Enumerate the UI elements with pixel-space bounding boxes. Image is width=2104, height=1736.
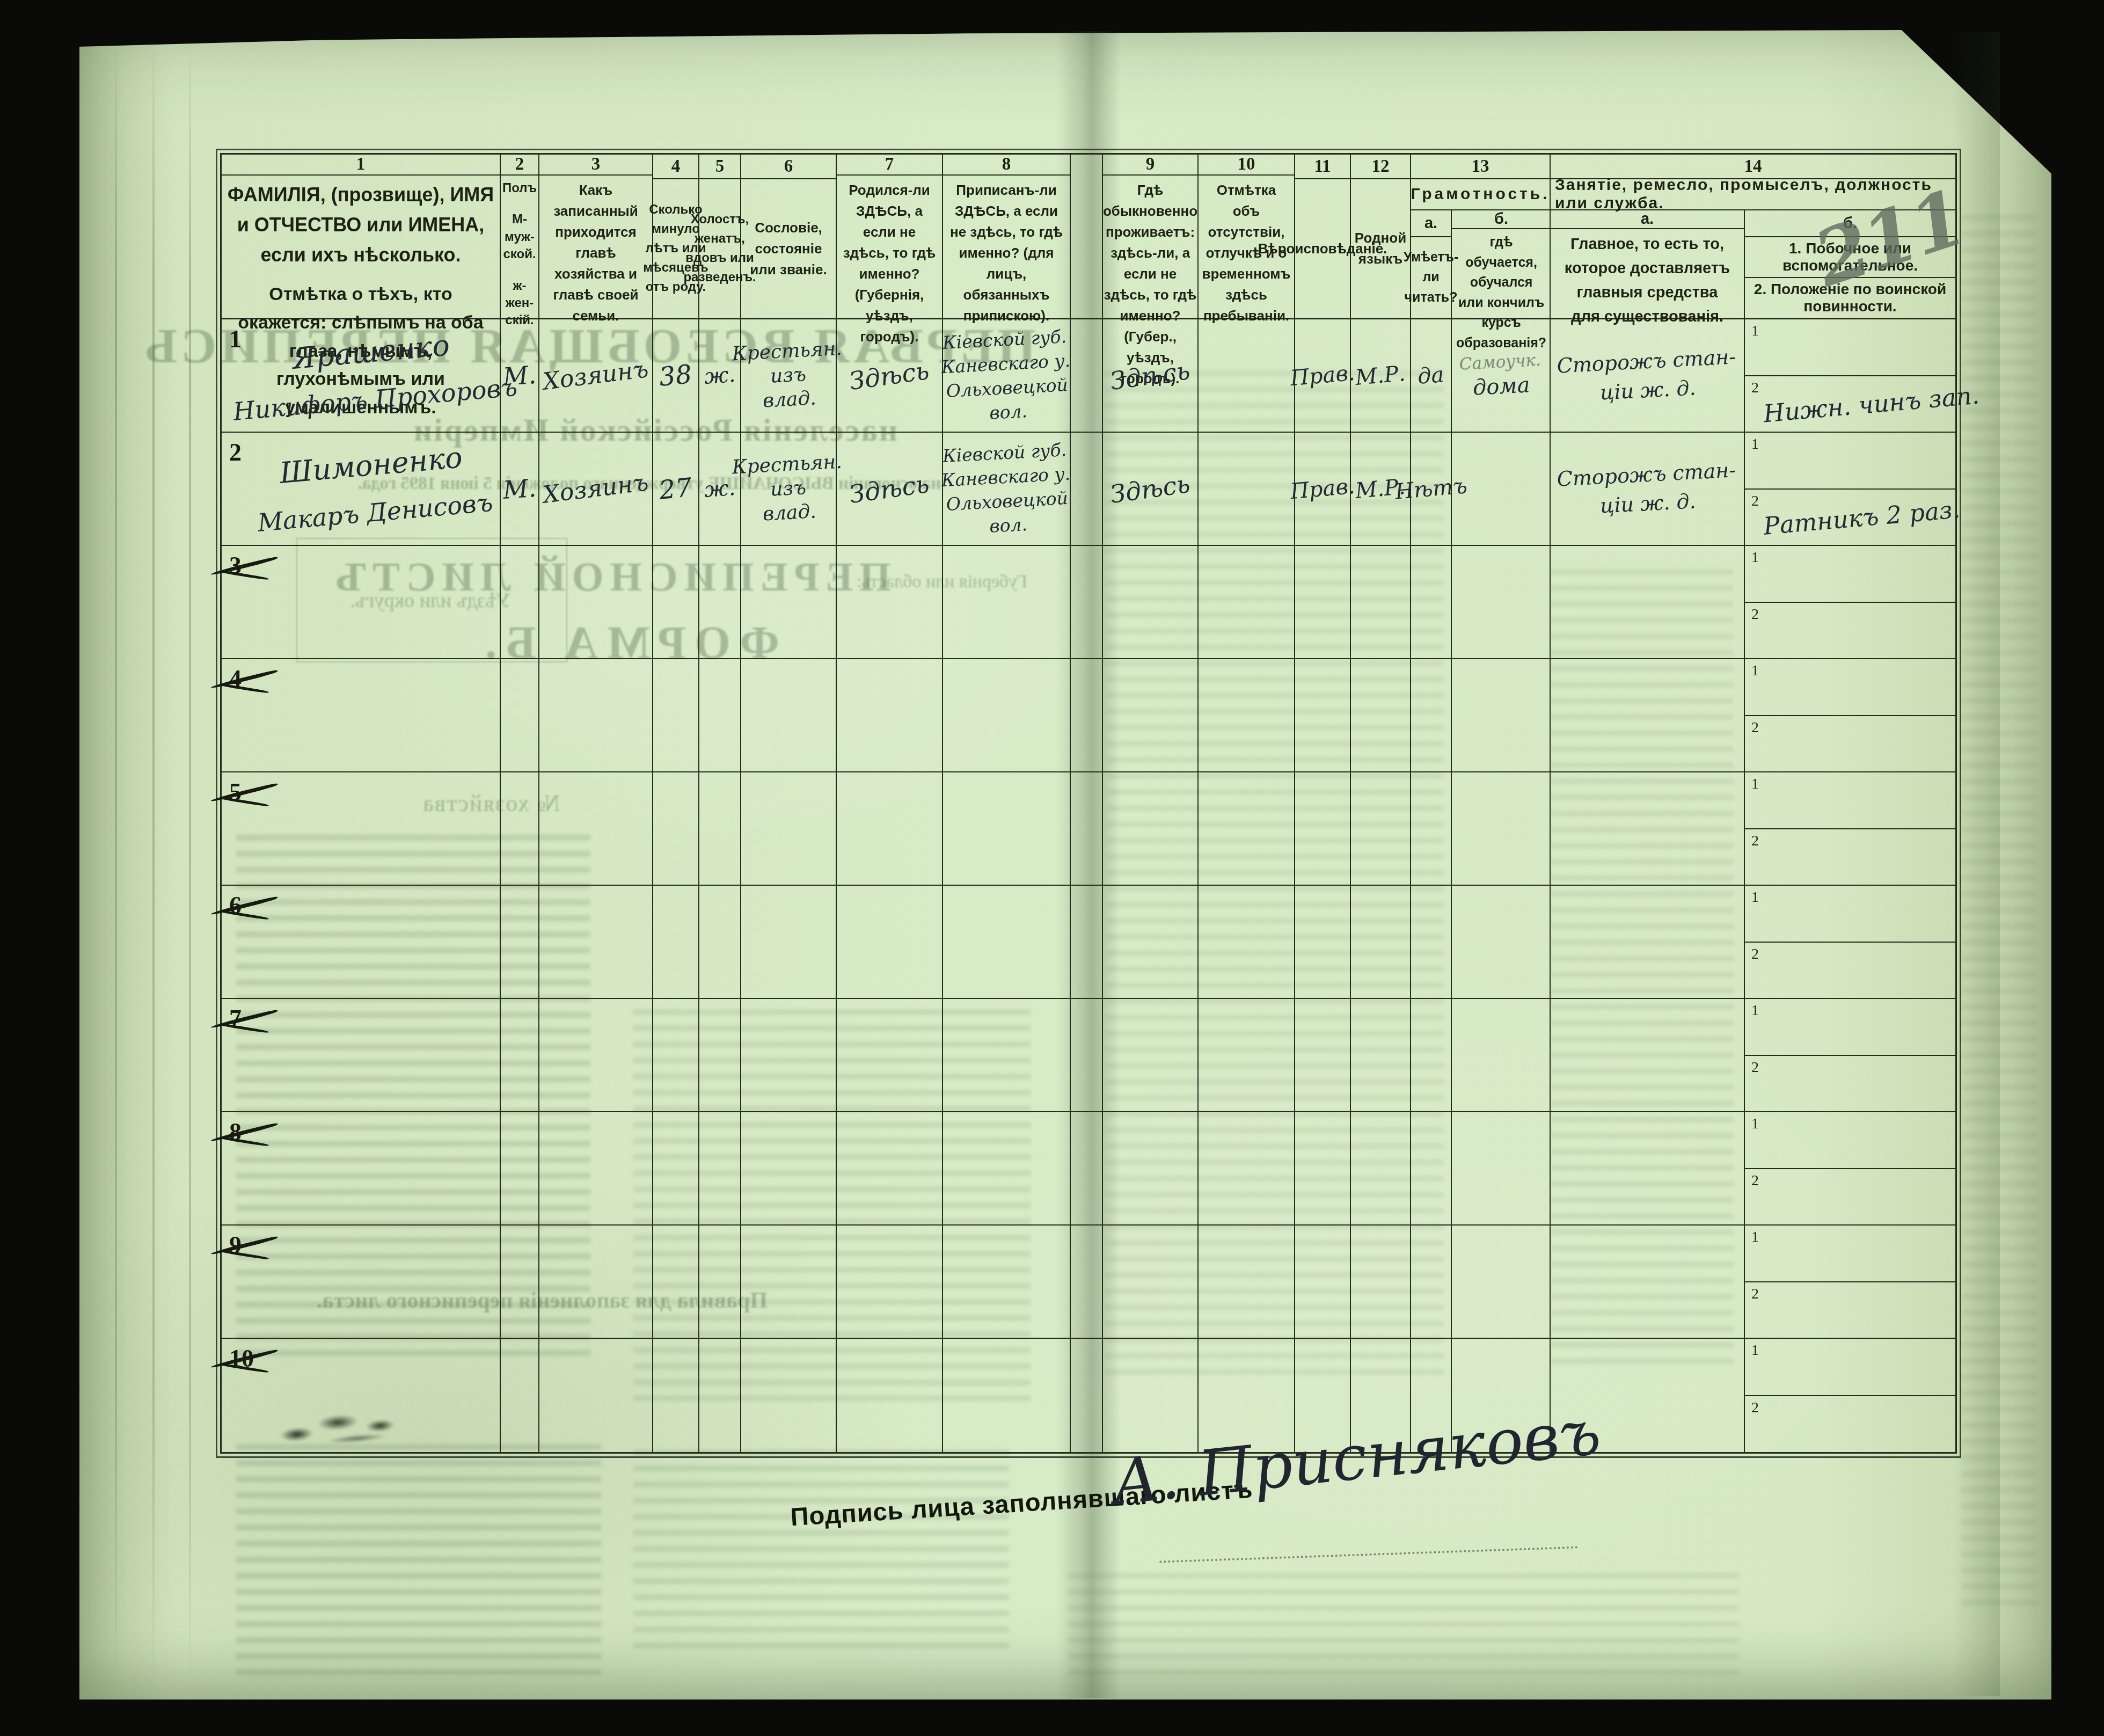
estate-cell: [741, 1339, 837, 1452]
column6-title: Сословіе, состояніе или званіе.: [741, 179, 836, 318]
registered-line: вол.: [989, 400, 1028, 424]
estate-cell: [741, 886, 837, 998]
residence-cell: Здѣсь: [1103, 319, 1199, 432]
age-cell: [653, 1112, 699, 1224]
bleedthrough-paragraph: [633, 1449, 1009, 1653]
side-occupation-subcell: 1: [1745, 1226, 1955, 1282]
name-cell: 5: [222, 772, 501, 885]
literacy-group-title: Грамотность.: [1411, 179, 1550, 210]
side-occupation-subcell: 1: [1745, 886, 1955, 943]
estate-line: Крестьян.: [732, 338, 843, 366]
registration-cell: [943, 1226, 1071, 1338]
age-cell: 27: [653, 433, 699, 545]
registration-cell: [943, 886, 1071, 998]
estate-line: изъ: [770, 363, 807, 387]
occupation-line: ціи ж. д.: [1599, 376, 1697, 404]
age-cell: 38: [653, 319, 699, 432]
religion-cell: Прав.: [1295, 433, 1351, 545]
relation-cell: [539, 1112, 653, 1224]
side-occupation-subcell: 1: [1745, 546, 1955, 603]
column14a-title: Главное, то есть то, которое доставляетъ…: [1551, 229, 1744, 332]
bleedthrough-paragraph: [1068, 1573, 1739, 1680]
age-cell: [653, 1339, 699, 1452]
sex-cell: [501, 999, 539, 1111]
name-cell: 7: [222, 999, 501, 1111]
column-header-10: 10 Отмѣтка объ отсутствіи, отлучкѣ и о в…: [1199, 155, 1295, 318]
column-number: 6: [741, 155, 836, 179]
relation-cell: [539, 886, 653, 998]
column-header-2: 2 Полъ М-муж-ской. ж-жен-скій.: [501, 155, 539, 318]
subcell-number-1: 1: [1751, 1229, 1759, 1246]
column-number: 11: [1295, 155, 1350, 179]
table-row: 6 1 2: [222, 886, 1955, 999]
fold-cell: [1071, 1112, 1103, 1224]
age-cell: [653, 772, 699, 885]
sub-a-label: а.: [1411, 210, 1451, 237]
column-number: 3: [539, 155, 652, 176]
religion-cell: [1295, 772, 1351, 885]
military-status-subcell: 2Ратникъ 2 раз.: [1745, 490, 1955, 545]
age-cell: [653, 659, 699, 771]
residence-cell: [1103, 1226, 1199, 1338]
education-cell: [1452, 1226, 1551, 1338]
education-cell: [1452, 1112, 1551, 1224]
row-number: 6: [229, 891, 242, 920]
religion-cell: [1295, 999, 1351, 1111]
column2-male: М-муж-ской.: [503, 211, 536, 263]
bleedthrough-paragraph: [236, 1444, 601, 1675]
marital-cell: [699, 659, 741, 771]
relation-cell: Хозяинъ: [539, 433, 653, 545]
column-header-12: 12 Родной языкъ: [1351, 155, 1411, 318]
sex-cell: [501, 659, 539, 771]
column1-title: ФАМИЛІЯ, (прозвище), ИМЯ и ОТЧЕСТВО или …: [227, 180, 494, 269]
adjacent-page-edge-text: [1962, 215, 2037, 1610]
registration-cell: Кіевской губ.Каневскаго у.Ольховецкойвол…: [943, 319, 1071, 432]
name-handwriting: [222, 922, 500, 962]
registered-line: Ольховецкой: [946, 374, 1069, 402]
secondary-occupation-cell: 1 2: [1745, 1226, 1955, 1338]
sex-cell: М.: [501, 319, 539, 432]
relation-cell: Хозяинъ: [539, 319, 653, 432]
estate-line: влад.: [763, 500, 817, 525]
subcell-number-2: 2: [1751, 606, 1759, 623]
side-occupation-subcell: 1: [1745, 659, 1955, 716]
military-status-subcell: 2: [1745, 943, 1955, 998]
relation-cell: [539, 772, 653, 885]
registered-line: Каневскаго у.: [941, 463, 1071, 491]
relation-cell: [539, 546, 653, 658]
marital-cell: [699, 1112, 741, 1224]
subcell-number-1: 1: [1751, 549, 1759, 566]
subcell-number-2: 2: [1751, 719, 1759, 736]
residence-cell: [1103, 772, 1199, 885]
subcell-number-2: 2: [1751, 380, 1759, 397]
language-cell: М.Р.: [1351, 319, 1411, 432]
age-cell: [653, 1226, 699, 1338]
subcell-number-1: 1: [1751, 662, 1759, 680]
sex-cell: [501, 1112, 539, 1224]
fold-cell: [1071, 1339, 1103, 1452]
subcell-number-2: 2: [1751, 1172, 1759, 1190]
language-cell: [1351, 659, 1411, 771]
secondary-occupation-cell: 1 2: [1745, 1339, 1955, 1452]
education-line: дома: [1472, 373, 1531, 400]
column11-title: Вѣроисповѣданіе.: [1295, 179, 1350, 318]
name-handwriting: [222, 582, 500, 622]
sex-cell: М.: [501, 433, 539, 545]
sub-a-label: а.: [1551, 210, 1744, 229]
absence-cell: [1199, 1226, 1295, 1338]
side-occupation-subcell: 1: [1745, 319, 1955, 376]
name-handwriting: Шимоненко Макаръ Денисовъ: [219, 437, 503, 541]
absence-cell: [1199, 886, 1295, 998]
fold-cell: [1071, 433, 1103, 545]
secondary-occupation-cell: 1 2: [1745, 1112, 1955, 1224]
givenname-handwriting: Макаръ Денисовъ: [257, 488, 494, 537]
table-header: 1 ФАМИЛІЯ, (прозвище), ИМЯ и ОТЧЕСТВО ил…: [222, 155, 1955, 319]
subcell-number-2: 2: [1751, 946, 1759, 963]
subcell-number-2: 2: [1751, 493, 1759, 510]
occupation-cell: [1551, 999, 1745, 1111]
name-cell: 6: [222, 886, 501, 998]
religion-cell: [1295, 1226, 1351, 1338]
census-table: 1 ФАМИЛІЯ, (прозвище), ИМЯ и ОТЧЕСТВО ил…: [220, 153, 1957, 1454]
language-cell: [1351, 1112, 1411, 1224]
estate-cell: [741, 999, 837, 1111]
residence-cell: [1103, 1112, 1199, 1224]
subcell-number-2: 2: [1751, 1059, 1759, 1076]
row-number: 9: [229, 1231, 242, 1259]
row-number: 5: [229, 778, 242, 806]
occupation-line: Сторожъ стан-: [1557, 458, 1736, 491]
estate-cell: [741, 772, 837, 885]
fold-cell: [1071, 546, 1103, 658]
side-occupation-subcell: 1: [1745, 1339, 1955, 1396]
name-cell: 1 Ярашенко Никифоръ Прохоровъ: [222, 319, 501, 432]
column-header-5: 5 Холостъ, женатъ, вдовъ или разведенъ.: [699, 155, 741, 318]
table-row: 7 1 2: [222, 999, 1955, 1112]
subcell-number-1: 1: [1751, 323, 1759, 340]
occupation-cell: [1551, 1226, 1745, 1338]
residence-cell: [1103, 886, 1199, 998]
residence-cell: [1103, 659, 1199, 771]
education-cell: [1452, 659, 1551, 771]
relation-cell: [539, 1339, 653, 1452]
military-status-subcell: 2: [1745, 603, 1955, 659]
column-header-3: 3 Какъ записанный приходится главѣ хозяй…: [539, 155, 653, 318]
sex-cell: [501, 546, 539, 658]
paper-crease: [152, 38, 155, 1691]
subcell-number-2: 2: [1751, 1399, 1759, 1417]
birthplace-cell: Здѣсь: [837, 319, 943, 432]
literacy-cell: Нѣтъ: [1411, 433, 1452, 545]
table-row: 10 1 2: [222, 1339, 1955, 1452]
column-number: 10: [1199, 155, 1294, 176]
religion-cell: [1295, 659, 1351, 771]
sex-cell: [501, 1339, 539, 1452]
military-status-subcell: 2: [1745, 716, 1955, 772]
birthplace-cell: [837, 659, 943, 771]
secondary-occupation-cell: 1 2Нижн. чинъ зап.: [1745, 319, 1955, 432]
table-row: 1 Ярашенко Никифоръ Прохоровъ М. Хозяинъ…: [222, 319, 1955, 433]
birthplace-cell: Здѣсь: [837, 433, 943, 545]
absence-cell: [1199, 1112, 1295, 1224]
secondary-occupation-cell: 1 2: [1745, 886, 1955, 998]
registration-cell: [943, 659, 1071, 771]
residence-cell: [1103, 999, 1199, 1111]
subcell-number-1: 1: [1751, 1342, 1759, 1359]
surname-handwriting: Ярашенко: [291, 328, 451, 375]
absence-cell: [1199, 999, 1295, 1111]
column12-title: Родной языкъ: [1351, 179, 1410, 318]
name-handwriting: [222, 808, 500, 849]
name-cell: 8: [222, 1112, 501, 1224]
column-header-7: 7 Родился-ли ЗДѢСЬ, а если не здѣсь, то …: [837, 155, 943, 318]
military-handwriting: Ратникъ 2 раз.: [1762, 495, 1961, 541]
side-occupation-subcell: 1: [1745, 999, 1955, 1056]
occupation-cell: [1551, 1112, 1745, 1224]
occupation-cell: Сторожъ стан-ціи ж. д.: [1551, 433, 1745, 545]
registered-line: Каневскаго у.: [941, 349, 1071, 377]
column-number: 1: [222, 155, 500, 176]
marital-cell: [699, 1226, 741, 1338]
column-number: 4: [653, 155, 698, 179]
column-number: 13: [1411, 155, 1550, 179]
marital-cell: [699, 1339, 741, 1452]
birthplace-cell: [837, 886, 943, 998]
birthplace-cell: [837, 1112, 943, 1224]
literacy-cell: [1411, 659, 1452, 771]
estate-cell: [741, 546, 837, 658]
column8-title: Приписанъ-ли ЗДѢСЬ, а если не здѣсь, то …: [943, 176, 1070, 331]
language-cell: [1351, 999, 1411, 1111]
sex-cell: [501, 772, 539, 885]
fold-cell: [1071, 999, 1103, 1111]
relation-cell: [539, 1226, 653, 1338]
surname-handwriting: Шимоненко: [278, 440, 464, 490]
row-number: 7: [229, 1004, 242, 1033]
column-header-6: 6 Сословіе, состояніе или званіе.: [741, 155, 837, 318]
literacy-cell: [1411, 1226, 1452, 1338]
occupation-line: Сторожъ стан-: [1557, 345, 1736, 377]
registered-line: вол.: [989, 514, 1028, 537]
registration-cell: [943, 546, 1071, 658]
subcell-number-2: 2: [1751, 1286, 1759, 1303]
column-number: 9: [1103, 155, 1197, 176]
table-row: 3 1 2: [222, 546, 1955, 659]
residence-cell: [1103, 546, 1199, 658]
column3-title: Какъ записанный приходится главѣ хозяйст…: [539, 176, 652, 331]
education-cell: [1452, 886, 1551, 998]
column-number: 5: [699, 155, 740, 179]
estate-line: Крестьян.: [732, 451, 843, 479]
row-number: 1: [229, 325, 242, 353]
name-handwriting: [222, 695, 500, 735]
row-number: 4: [229, 665, 242, 693]
age-cell: [653, 886, 699, 998]
education-line: Самоучк.: [1459, 351, 1542, 374]
occupation-cell: [1551, 659, 1745, 771]
religion-cell: [1295, 886, 1351, 998]
registration-cell: [943, 772, 1071, 885]
registered-line: Ольховецкой: [946, 487, 1069, 515]
absence-cell: [1199, 659, 1295, 771]
name-handwriting: [222, 1148, 500, 1188]
estate-cell: [741, 1112, 837, 1224]
table-row: 8 1 2: [222, 1112, 1955, 1226]
age-cell: [653, 546, 699, 658]
secondary-occupation-cell: 1 2: [1745, 772, 1955, 885]
birthplace-cell: [837, 772, 943, 885]
military-status-subcell: 2: [1745, 1282, 1955, 1338]
registration-cell: [943, 999, 1071, 1111]
name-cell: 3: [222, 546, 501, 658]
subcell-number-1: 1: [1751, 1002, 1759, 1019]
column-number: 2: [501, 155, 538, 176]
education-cell: [1452, 999, 1551, 1111]
fold-cell: [1071, 886, 1103, 998]
literacy-cell: [1411, 546, 1452, 658]
absence-cell: [1199, 772, 1295, 885]
literacy-cell: да: [1411, 319, 1452, 432]
paper-crease: [189, 38, 191, 1691]
subcell-number-1: 1: [1751, 889, 1759, 906]
military-handwriting: Нижн. чинъ зап.: [1762, 381, 1980, 428]
column-number: 8: [943, 155, 1070, 176]
table-row: 4 1 2: [222, 659, 1955, 772]
birthplace-cell: [837, 546, 943, 658]
age-cell: [653, 999, 699, 1111]
fold-cell: [1071, 772, 1103, 885]
column-number: 7: [837, 155, 942, 176]
secondary-occupation-cell: 1 2: [1745, 546, 1955, 658]
registration-cell: [943, 1112, 1071, 1224]
column2-title: Полъ: [502, 180, 537, 197]
literacy-cell: [1411, 1112, 1452, 1224]
absence-cell: [1199, 319, 1295, 432]
registration-cell: [943, 1339, 1071, 1452]
name-handwriting: [222, 1261, 500, 1302]
subcell-number-1: 1: [1751, 436, 1759, 453]
estate-line: изъ: [770, 477, 807, 500]
column-header-1: 1 ФАМИЛІЯ, (прозвище), ИМЯ и ОТЧЕСТВО ил…: [222, 155, 501, 318]
side-occupation-subcell: 1: [1745, 433, 1955, 490]
row-number: 10: [229, 1344, 254, 1373]
military-status-subcell: 2: [1745, 1396, 1955, 1453]
marital-cell: [699, 772, 741, 885]
name-handwriting: [222, 1035, 500, 1075]
birthplace-cell: [837, 999, 943, 1111]
relation-cell: [539, 659, 653, 771]
military-status-subcell: 2: [1745, 829, 1955, 885]
marital-cell: [699, 886, 741, 998]
occupation-cell: Сторожъ стан-ціи ж. д.: [1551, 319, 1745, 432]
column-number: 12: [1351, 155, 1410, 179]
table-row: 9 1 2: [222, 1226, 1955, 1339]
occupation-cell: [1551, 546, 1745, 658]
column-header-13: 13 Грамотность. а. Умѣетъ-ли читать? б. …: [1411, 155, 1551, 318]
subcell-number-1: 1: [1751, 776, 1759, 793]
row-number: 8: [229, 1118, 242, 1146]
occupation-cell: [1551, 886, 1745, 998]
language-cell: [1351, 886, 1411, 998]
birthplace-cell: [837, 1226, 943, 1338]
fold-cell: [1071, 1226, 1103, 1338]
military-status-subcell: 2: [1745, 1056, 1955, 1112]
column-header-11: 11 Вѣроисповѣданіе.: [1295, 155, 1351, 318]
literacy-cell: [1411, 886, 1452, 998]
row-number: 2: [229, 438, 242, 466]
sub-b-label: б.: [1452, 210, 1551, 229]
paper-crease: [115, 38, 117, 1691]
marital-cell: [699, 999, 741, 1111]
givenname-handwriting: Никифоръ Прохоровъ: [232, 373, 518, 426]
religion-cell: Прав.: [1295, 319, 1351, 432]
absence-cell: [1199, 546, 1295, 658]
table-row: 5 1 2: [222, 772, 1955, 886]
religion-cell: [1295, 546, 1351, 658]
religion-cell: [1295, 1112, 1351, 1224]
occupation-line: ціи ж. д.: [1599, 489, 1697, 517]
literacy-cell: [1411, 772, 1452, 885]
residence-cell: [1103, 1339, 1199, 1452]
estate-cell: [741, 659, 837, 771]
education-cell: [1452, 546, 1551, 658]
column-header-8: 8 Приписанъ-ли ЗДѢСЬ, а если не здѣсь, т…: [943, 155, 1071, 318]
education-cell: [1452, 433, 1551, 545]
estate-cell: Крестьян.изъвлад.: [741, 433, 837, 545]
column-header-9: 9 Гдѣ обыкновенно проживаетъ: здѣсь-ли, …: [1103, 155, 1199, 318]
absence-cell: [1199, 433, 1295, 545]
military-status-subcell: 2: [1745, 1169, 1955, 1225]
residence-cell: Здѣсь: [1103, 433, 1199, 545]
military-status-subcell: 2Нижн. чинъ зап.: [1745, 376, 1955, 432]
side-occupation-subcell: 1: [1745, 772, 1955, 829]
sex-cell: [501, 1226, 539, 1338]
sex-cell: [501, 886, 539, 998]
table-body: 1 Ярашенко Никифоръ Прохоровъ М. Хозяинъ…: [222, 319, 1955, 1452]
name-cell: 4: [222, 659, 501, 771]
language-cell: [1351, 1226, 1411, 1338]
language-cell: [1351, 772, 1411, 885]
column13a-title: Умѣетъ-ли читать?: [1411, 237, 1451, 318]
occupation-cell: [1551, 772, 1745, 885]
table-row: 2 Шимоненко Макаръ Денисовъ М. Хозяинъ 2…: [222, 433, 1955, 546]
education-cell: [1452, 772, 1551, 885]
secondary-occupation-cell: 1 2Ратникъ 2 раз.: [1745, 433, 1955, 545]
secondary-occupation-cell: 1 2: [1745, 659, 1955, 771]
page-fold-gap: [1071, 155, 1103, 318]
row-number: 3: [229, 551, 242, 580]
subcell-number-1: 1: [1751, 1115, 1759, 1133]
column5-title: Холостъ, женатъ, вдовъ или разведенъ.: [699, 179, 740, 318]
name-cell: 9: [222, 1226, 501, 1338]
marital-cell: [699, 546, 741, 658]
estate-cell: Крестьян.изъвлад.: [741, 319, 837, 432]
literacy-cell: [1411, 999, 1452, 1111]
subcell-number-2: 2: [1751, 833, 1759, 850]
registration-cell: Кіевской губ.Каневскаго у.Ольховецкойвол…: [943, 433, 1071, 545]
relation-cell: [539, 999, 653, 1111]
fold-cell: [1071, 319, 1103, 432]
name-handwriting: Ярашенко Никифоръ Прохоровъ: [219, 324, 503, 427]
estate-cell: [741, 1226, 837, 1338]
secondary-occupation-cell: 1 2: [1745, 999, 1955, 1111]
name-cell: 2 Шимоненко Макаръ Денисовъ: [222, 433, 501, 545]
registered-line: Кіевской губ.: [942, 326, 1067, 353]
education-cell: Самоучк.дома: [1452, 319, 1551, 432]
